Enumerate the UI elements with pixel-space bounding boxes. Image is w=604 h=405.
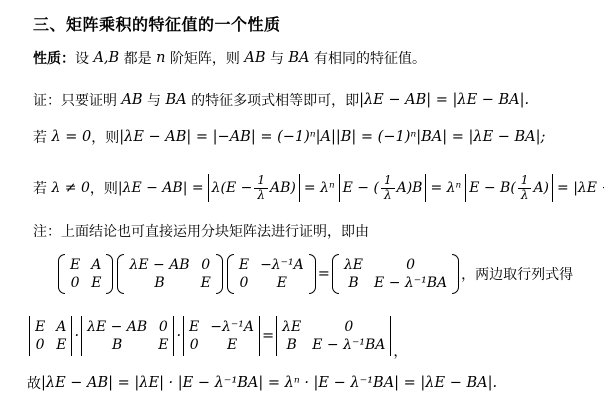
text-segment: 故 — [27, 373, 41, 393]
math-segment: |λE − AB| = |λE − BA|. — [359, 92, 529, 108]
matrix-cell: A — [56, 319, 66, 335]
math-segment: AB — [121, 92, 142, 108]
math-segment: AB — [244, 50, 265, 66]
paren-right — [452, 254, 459, 294]
matrix-cell: E − λ⁻¹BA — [312, 337, 385, 353]
math-segment: |λE − AB| = |λE| · |E − λ⁻¹BA| = λⁿ · |E… — [41, 375, 497, 391]
matrix-2: λE − AB 0 B E — [117, 254, 222, 294]
text-segment: 与 — [143, 90, 166, 110]
matrix-cell: E — [158, 337, 168, 353]
property-label: 性质： — [33, 48, 75, 68]
equals-sign: = — [318, 266, 330, 282]
fraction: 1 λ — [381, 174, 395, 203]
math-segment: λ ≠ 0 — [51, 180, 89, 196]
matrix-cell: λE — [282, 319, 301, 335]
matrix-cell: E — [91, 275, 101, 291]
matrix-cell: E — [277, 275, 287, 291]
determinant-group: E − B( 1 λ A) — [462, 174, 556, 203]
text-segment: 若 — [33, 178, 51, 198]
paren-left — [332, 254, 339, 294]
paren-right — [216, 254, 223, 294]
conclusion-line: 故 |λE − AB| = |λE| · |E − λ⁻¹BA| = λⁿ · … — [27, 373, 497, 393]
fraction: 1 λ — [254, 174, 268, 203]
text-segment: 与 — [266, 48, 289, 68]
math-segment: A) — [533, 180, 549, 196]
matrix-grid: λE − AB 0 B E — [82, 316, 173, 356]
determinant-bar — [173, 316, 174, 356]
matrix-cell: λE — [344, 257, 363, 273]
matrix-cell: 0 — [36, 337, 45, 353]
text-segment: 注：上面结论也可直接运用分块矩阵法进行证明，即由 — [33, 221, 369, 241]
paren-left — [58, 254, 65, 294]
matrix-cell: B — [348, 275, 358, 291]
matrix-cell: λE − AB — [87, 319, 147, 335]
determinant-bar — [390, 316, 391, 356]
matrix-cell: E — [239, 257, 249, 273]
math-segment: = λⁿ — [304, 180, 335, 196]
math-segment: λ = 0 — [51, 129, 91, 145]
math-segment: |λE − AB| = |−AB| = (−1)ⁿ|A||B| = (−1)ⁿ|… — [119, 129, 545, 145]
determinant-line: E A 0 E · λE − AB 0 B E · E −λ⁻¹A 0 E = … — [27, 305, 407, 367]
matrix-cell: B — [287, 337, 297, 353]
matrix-cell: E — [201, 275, 211, 291]
determinant-1: E A 0 E — [29, 316, 72, 356]
matrix-cell: E — [227, 337, 237, 353]
multiply-dot: · — [176, 328, 181, 344]
matrix-cell: E — [70, 257, 80, 273]
matrix-grid: λE 0 B E − λ⁻¹BA — [277, 316, 390, 356]
text-segment: 若 — [33, 127, 51, 147]
matrix-cell: B — [154, 275, 164, 291]
matrix-cell: 0 — [190, 337, 199, 353]
determinant-bar — [425, 174, 426, 203]
matrix-4: λE 0 B E − λ⁻¹BA — [332, 254, 459, 294]
paren-right — [309, 254, 316, 294]
text-segment: ，则 — [90, 178, 118, 198]
fraction-denominator: λ — [384, 189, 392, 203]
fraction-numerator: 1 — [254, 174, 268, 189]
case-zero-line: 若 λ = 0 ，则 |λE − AB| = |−AB| = (−1)ⁿ|A||… — [33, 127, 545, 147]
math-segment: = |λE − BA| — [557, 180, 604, 196]
matrix-cell: 0 — [159, 319, 168, 335]
text-segment: ， — [393, 341, 407, 367]
section-title: 三、矩阵乘积的特征值的一个性质 — [33, 12, 281, 35]
proof-line: 证：只要证明 AB 与 BA 的特征多项式相等即可，即 |λE − AB| = … — [33, 90, 529, 110]
matrix-cell: −λ⁻¹A — [210, 319, 254, 335]
text-segment: 设 — [75, 48, 93, 68]
determinant-bar — [299, 174, 300, 203]
paren-left — [227, 254, 234, 294]
text-segment: ，两边取行列式得 — [461, 264, 573, 284]
case-nonzero-line: 若 λ ≠ 0 ，则 |λE − AB| = λ(E − 1 λ AB) = λ… — [33, 162, 604, 214]
matrix-cell: E — [56, 337, 66, 353]
text-segment: 有相同的特征值。 — [310, 48, 426, 68]
determinant-2: λE − AB 0 B E — [81, 316, 174, 356]
property-line: 性质： 设 A,B 都是 n 阶矩阵，则 AB 与 BA 有相同的特征值。 — [33, 48, 426, 68]
matrix-cell: 0 — [201, 257, 210, 273]
text-segment: 证：只要证明 — [33, 90, 121, 110]
equals-sign: = — [262, 328, 274, 344]
block-matrix-line: E A 0 E λE − AB 0 B E E −λ⁻¹A 0 E = λE 0 — [56, 245, 573, 303]
math-segment: = λⁿ — [430, 180, 461, 196]
math-segment: λ(E − — [212, 180, 253, 196]
matrix-cell: B — [112, 337, 122, 353]
section-title-line: 三、矩阵乘积的特征值的一个性质 — [33, 12, 281, 35]
matrix-cell: E — [189, 319, 199, 335]
determinant-bar — [208, 174, 209, 203]
paren-right — [106, 254, 113, 294]
determinant-bar — [339, 174, 340, 203]
matrix-3: E −λ⁻¹A 0 E — [227, 254, 316, 294]
text-segment: ，则 — [91, 127, 119, 147]
determinant-bar — [71, 316, 72, 356]
matrix-cell: 0 — [239, 275, 248, 291]
determinant-4: λE 0 B E − λ⁻¹BA — [276, 316, 391, 356]
paren-left — [117, 254, 124, 294]
math-segment: A)B — [397, 180, 423, 196]
math-segment: |λE − AB| = — [118, 180, 204, 196]
text-segment: 阶矩阵，则 — [165, 48, 244, 68]
math-segment: BA — [166, 92, 187, 108]
multiply-dot: · — [74, 328, 79, 344]
matrix-grid: E A 0 E — [65, 254, 106, 294]
determinant-group: E − ( 1 λ A)B — [336, 174, 430, 203]
determinant-3: E −λ⁻¹A 0 E — [183, 316, 260, 356]
matrix-cell: 0 — [406, 257, 415, 273]
math-segment: A,B — [93, 50, 119, 66]
math-segment: E − ( — [343, 180, 379, 196]
determinant-bar — [465, 174, 466, 203]
matrix-cell: E − λ⁻¹BA — [374, 275, 447, 291]
matrix-grid: E A 0 E — [30, 316, 71, 356]
matrix-cell: −λ⁻¹A — [260, 257, 304, 273]
matrix-grid: E −λ⁻¹A 0 E — [234, 254, 309, 294]
matrix-cell: λE − AB — [129, 257, 189, 273]
matrix-cell: 0 — [344, 319, 353, 335]
math-segment: n — [156, 50, 165, 66]
math-segment: BA — [288, 50, 309, 66]
matrix-cell: 0 — [71, 275, 80, 291]
matrix-grid: λE − AB 0 B E — [124, 254, 215, 294]
matrix-cell: E — [35, 319, 45, 335]
math-segment: AB) — [270, 180, 296, 196]
determinant-bar — [259, 316, 260, 356]
text-segment: 的特征多项式相等即可，即 — [187, 90, 359, 110]
fraction-denominator: λ — [257, 189, 265, 203]
math-segment: E − B( — [469, 180, 516, 196]
remark-line: 注：上面结论也可直接运用分块矩阵法进行证明，即由 — [33, 221, 369, 241]
determinant-bar — [552, 174, 553, 203]
matrix-grid: λE 0 B E − λ⁻¹BA — [339, 254, 452, 294]
matrix-grid: E −λ⁻¹A 0 E — [184, 316, 259, 356]
matrix-1: E A 0 E — [58, 254, 113, 294]
fraction: 1 λ — [518, 174, 532, 203]
determinant-group: λ(E − 1 λ AB) — [205, 174, 303, 203]
fraction-numerator: 1 — [518, 174, 532, 189]
text-segment: 都是 — [119, 48, 156, 68]
fraction-numerator: 1 — [381, 174, 395, 189]
fraction-denominator: λ — [521, 189, 529, 203]
matrix-cell: A — [91, 257, 101, 273]
